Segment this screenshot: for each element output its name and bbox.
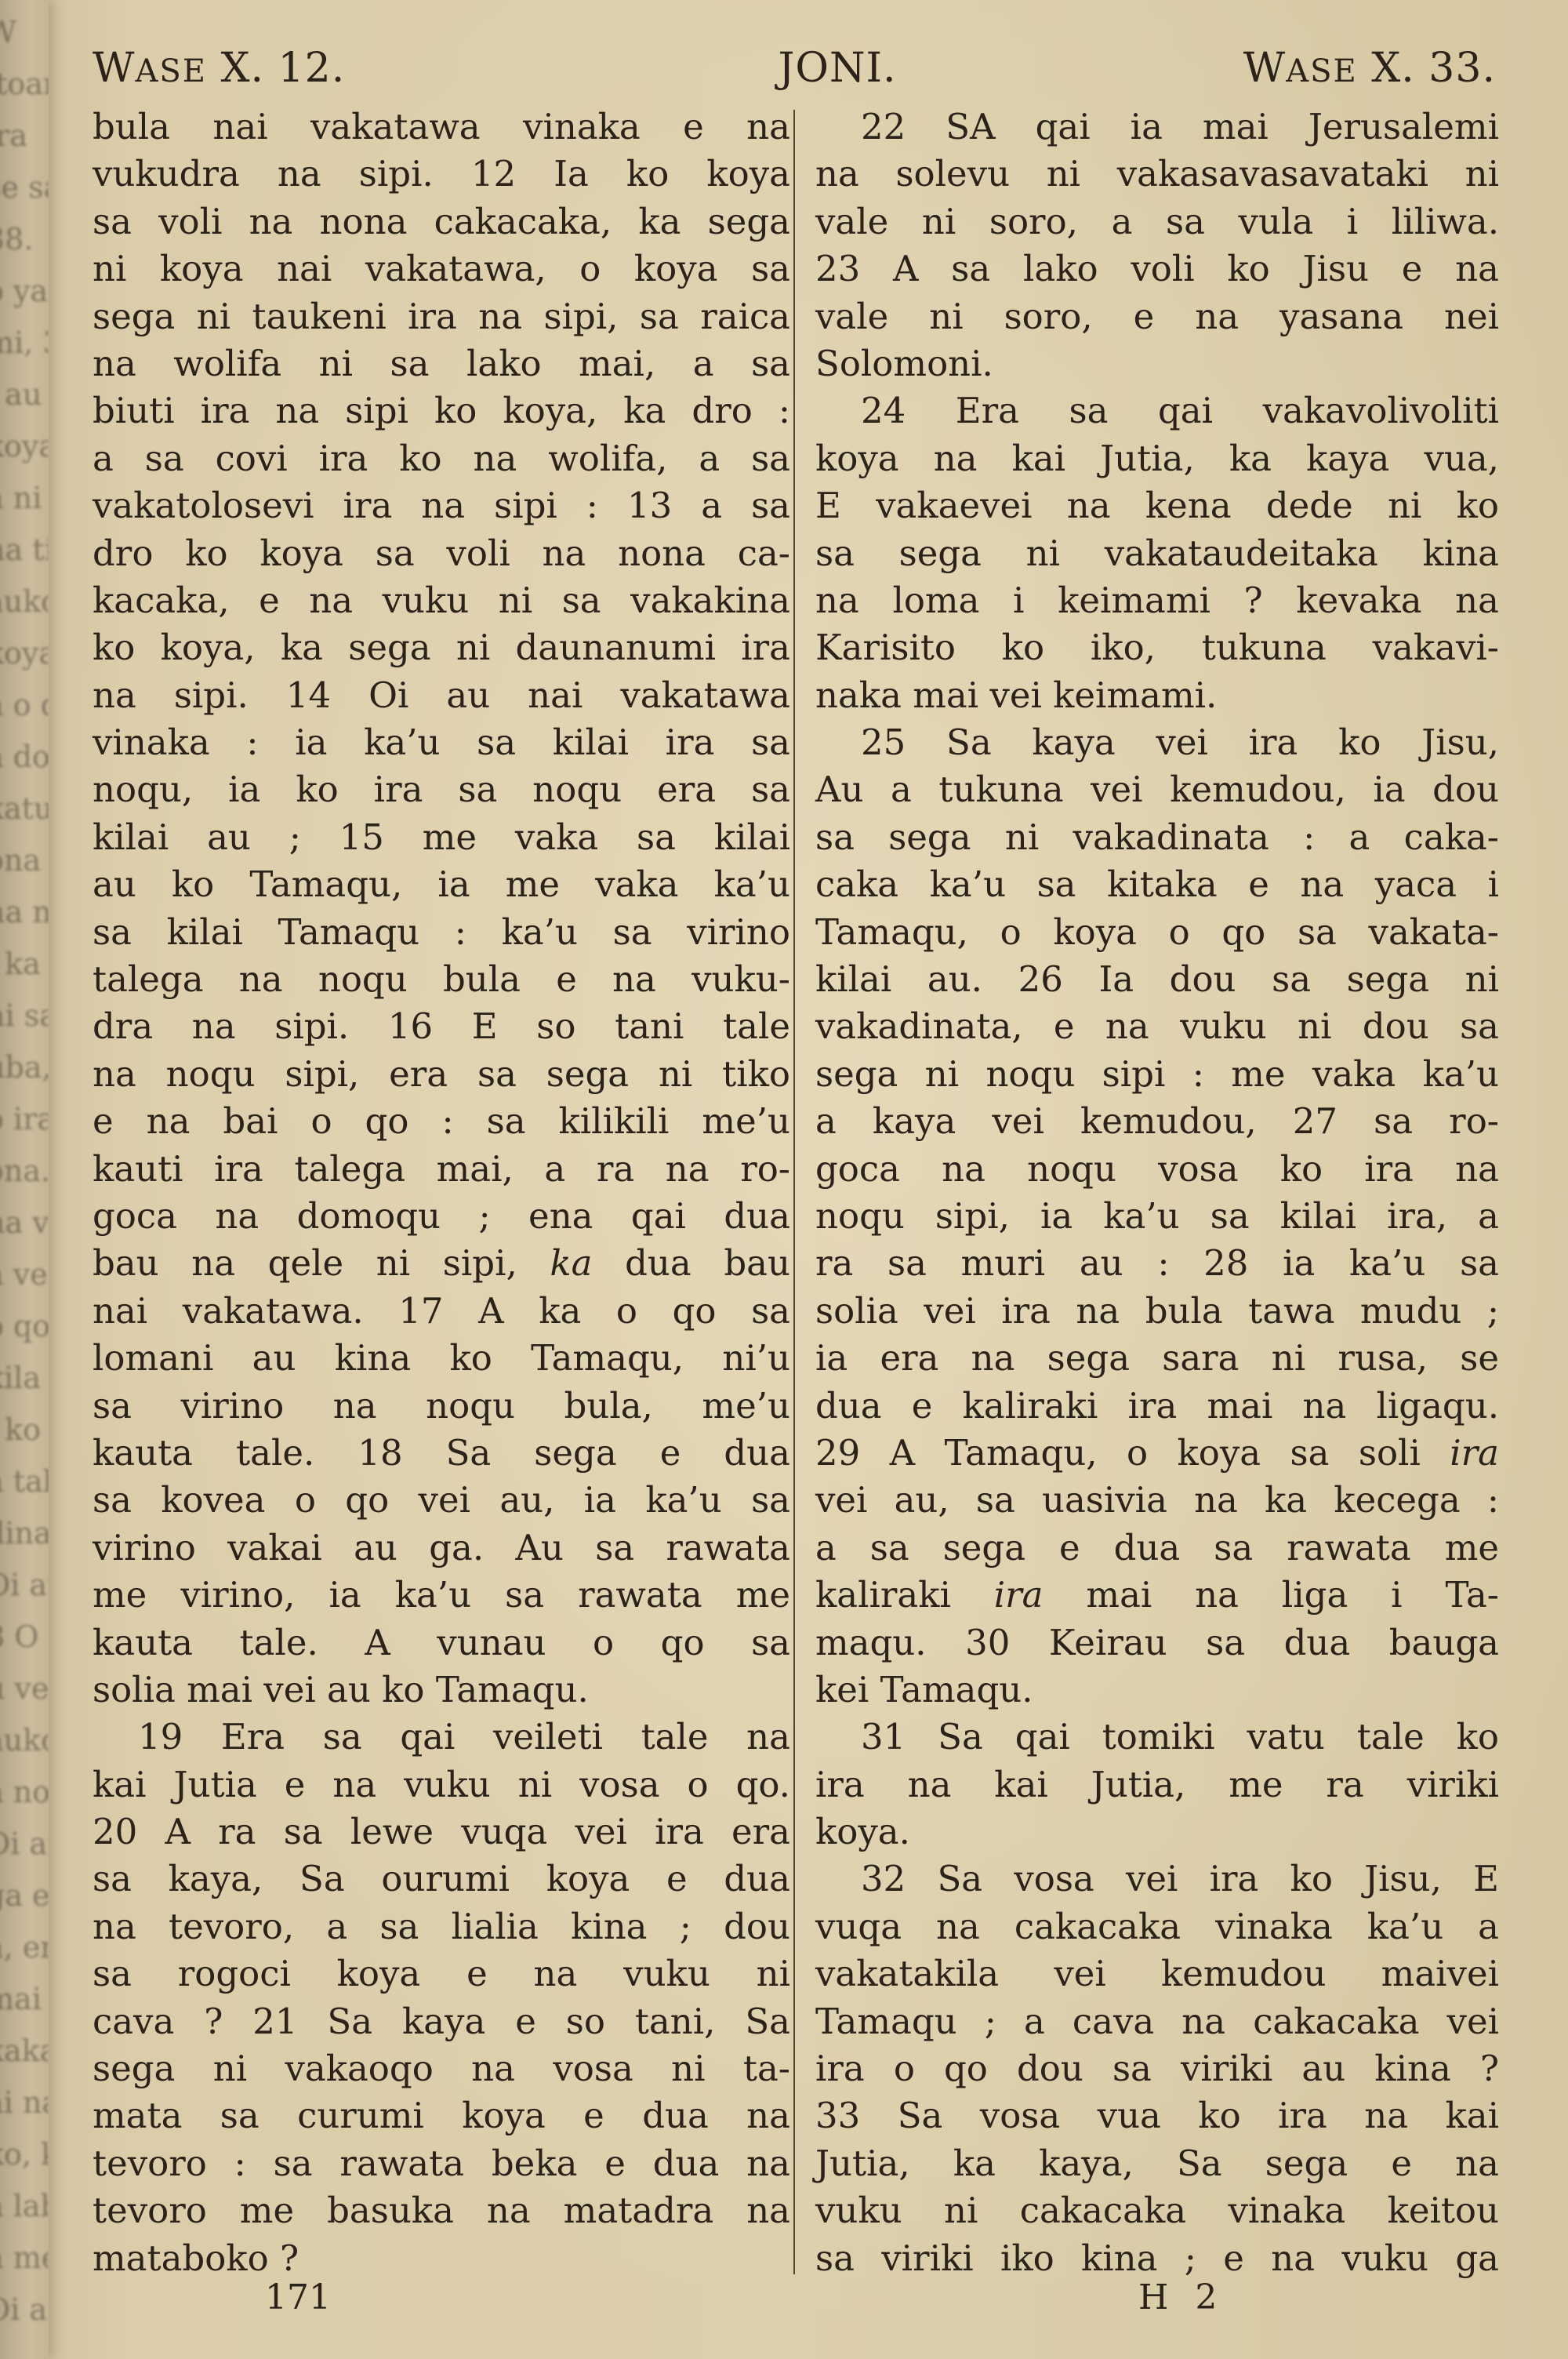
text-line: kacaka, e na vuku ni sa vakakina bbox=[93, 577, 790, 624]
text-line: vakatolosevi ira na sipi : 13 a sa bbox=[93, 482, 790, 529]
facing-page-text: a noi bbox=[0, 1774, 49, 1810]
facing-page-text: , au si bbox=[0, 376, 49, 413]
text-line: kilai au ; 15 me vaka sa kilai bbox=[93, 814, 790, 861]
text-line: bula nai vakatawa vinaka e na bbox=[93, 104, 790, 151]
text-line: na sipi. 14 Oi au nai vakatawa bbox=[93, 672, 790, 719]
text-line: tevoro me basuka na matadra na bbox=[93, 2187, 790, 2234]
text-line: virino vakai au ga. Au sa rawata bbox=[93, 1525, 790, 1572]
text-line: Tamaqu, o koya o qo sa vakata- bbox=[815, 909, 1499, 956]
running-head-right: WASE X. 33. bbox=[1243, 41, 1496, 99]
text-line: ira o qo dou sa viriki au kina ? bbox=[815, 2045, 1499, 2092]
facing-page-text: ona. bbox=[0, 1153, 49, 1189]
text-line: talega na noqu bula e na vuku- bbox=[93, 956, 790, 1003]
signature-mark: H 2 bbox=[1138, 2274, 1225, 2321]
facing-page-text: W bbox=[0, 14, 49, 50]
left-column: bula nai vakatawa vinaka e navukudra na … bbox=[93, 104, 790, 2282]
facing-page-text: mai ka bbox=[0, 1981, 49, 2017]
facing-page-text: a ni bi bbox=[0, 480, 49, 516]
text-line: kauta tale. A vunau o qo sa bbox=[93, 1619, 790, 1667]
text-line: ni koya nai vakatawa, o koya sa bbox=[93, 245, 790, 293]
facing-page-text: a, en bbox=[0, 1929, 49, 1965]
facing-page-text: ai na bbox=[0, 2085, 49, 2121]
text-line: 32 Sa vosa vei ira ko Jisu, E bbox=[815, 1856, 1499, 1903]
text-line: me virino, ia ka’u sa rawata me bbox=[93, 1572, 790, 1619]
running-head: WASE X. 12. JONI. WASE X. 33. bbox=[93, 41, 1496, 96]
right-column: 22 SA qai ia mai Jerusalemina solevu ni … bbox=[815, 104, 1499, 2282]
text-line: goca na domoqu ; ena qai dua bbox=[93, 1193, 790, 1240]
text-line: mata sa curumi koya e dua na bbox=[93, 2092, 790, 2139]
text-line: vakatakila vei kemudou maivei bbox=[815, 1950, 1499, 1997]
text-line: vale ni soro, a sa vula i liliwa. bbox=[815, 198, 1499, 245]
facing-page-text: ni sa k bbox=[0, 998, 49, 1034]
text-line: kei Tamaqu. bbox=[815, 1667, 1499, 1714]
facing-page-text: ko, k bbox=[0, 2136, 49, 2172]
facing-page-text: o ira n bbox=[0, 1101, 49, 1137]
facing-page-text: se sa bbox=[0, 169, 49, 205]
text-line: lomani au kina ko Tamaqu, ni’u bbox=[93, 1335, 790, 1382]
facing-page-text: ona ko bbox=[0, 842, 49, 878]
text-line: sa kaya, Sa ourumi koya e dua bbox=[93, 1856, 790, 1903]
facing-page-text: a vei bbox=[0, 1256, 49, 1292]
running-head-left: WASE X. 12. bbox=[93, 41, 345, 99]
facing-page-text: koya s bbox=[0, 635, 49, 671]
text-line: 22 SA qai ia mai Jerusalemi bbox=[815, 104, 1499, 151]
facing-page-text: na tikin bbox=[0, 532, 49, 568]
facing-page-text: katub bbox=[0, 791, 49, 827]
text-line: koya na kai Jutia, ka kaya vua, bbox=[815, 435, 1499, 482]
text-line: mataboko ? bbox=[93, 2235, 790, 2282]
facing-page-text: o yaui bbox=[0, 273, 49, 309]
facing-page-text: ʻtoan bbox=[0, 66, 49, 102]
facing-page-text: kaka bbox=[0, 2033, 49, 2069]
facing-page-text: na non bbox=[0, 894, 49, 930]
facing-page-text: 8 O bbox=[0, 1619, 49, 1655]
facing-page-text: ira bbox=[0, 118, 49, 154]
text-line: na solevu ni vakasavasavataki ni bbox=[815, 151, 1499, 198]
text-line: na tevoro, a sa lialia kina ; dou bbox=[93, 1903, 790, 1950]
facing-page-text: a me bbox=[0, 2240, 49, 2276]
text-line: maqu. 30 Keirau sa dua bauga bbox=[815, 1619, 1499, 1667]
text-line: vei au, sa uasivia na ka kecega : bbox=[815, 1477, 1499, 1524]
italic-word: ira bbox=[1450, 1432, 1499, 1474]
text-line: a kaya vei kemudou, 27 sa ro- bbox=[815, 1098, 1499, 1145]
facing-page-text: koya s bbox=[0, 428, 49, 464]
text-line: sa virino na noqu bula, me’u bbox=[93, 1383, 790, 1430]
text-line: kauti ira talega mai, a ra na ro- bbox=[93, 1146, 790, 1193]
text-line: 33 Sa vosa vua ko ira na kai bbox=[815, 2092, 1499, 2139]
text-line: kauta tale. 18 Sa sega e dua bbox=[93, 1430, 790, 1477]
text-line: a sa sega e dua sa rawata me bbox=[815, 1525, 1499, 1572]
text-line: ia era na sega sara ni rusa, se bbox=[815, 1335, 1499, 1382]
text-line: na noqu sipi, era sa sega ni tiko bbox=[93, 1051, 790, 1098]
text-line: tevoro : sa rawata beka e dua na bbox=[93, 2140, 790, 2187]
page-number: 171 bbox=[265, 2274, 331, 2321]
facing-page-text: aukove bbox=[0, 583, 49, 620]
text-line: vinaka : ia ka’u sa kilai ira sa bbox=[93, 719, 790, 766]
text-line: dra na sipi. 16 E so tani tale bbox=[93, 1003, 790, 1050]
text-line: vakadinata, e na vuku ni dou sa bbox=[815, 1003, 1499, 1050]
text-line: cava ? 21 Sa kaya e so tani, Sa bbox=[93, 1998, 790, 2045]
text-line: ra sa muri au : 28 ia ka’u sa bbox=[815, 1240, 1499, 1287]
text-line: noqu sipi, ia ka’u sa kilai ira, a bbox=[815, 1193, 1499, 1240]
facing-page-text: 38. bbox=[0, 221, 49, 257]
facing-page-text: Oi au bbox=[0, 1826, 49, 1862]
text-line: bau na qele ni sipi, ka dua bau bbox=[93, 1240, 790, 1287]
text-line: goca na noqu vosa ko ira na bbox=[815, 1146, 1499, 1193]
text-line: noqu, ia ko ira sa noqu era sa bbox=[93, 766, 790, 813]
facing-page-text: o qo bbox=[0, 1308, 49, 1344]
text-line: sa voli na nona cakacaka, ka sega bbox=[93, 198, 790, 245]
text-line: Jutia, ka kaya, Sa sega e na bbox=[815, 2140, 1499, 2187]
text-line: sega ni taukeni ira na sipi, sa raica bbox=[93, 293, 790, 340]
text-line: vuku ni cakacaka vinaka keitou bbox=[815, 2187, 1499, 2234]
text-line: vuqa na cakacaka vinaka ka’u a bbox=[815, 1903, 1499, 1950]
text-line: sa kovea o qo vei au, ia ka’u sa bbox=[93, 1477, 790, 1524]
text-line: Tamaqu ; a cava na cakacaka vei bbox=[815, 1998, 1499, 2045]
text-line: naka mai vei keimami. bbox=[815, 672, 1499, 719]
text-line: sega ni vakaoqo na vosa ni ta- bbox=[93, 2045, 790, 2092]
text-line: dua e kaliraki ira mai na ligaqu. bbox=[815, 1383, 1499, 1430]
facing-page-text: a lab bbox=[0, 2188, 49, 2224]
text-line: kaliraki ira mai na liga i Ta- bbox=[815, 1572, 1499, 1619]
text-line: sega ni noqu sipi : me vaka ka’u bbox=[815, 1051, 1499, 1098]
text-line: na loma i keimami ? kevaka na bbox=[815, 577, 1499, 624]
facing-page-text: , ko ko bbox=[0, 1412, 49, 1448]
text-line: a sa covi ira ko na wolifa, a sa bbox=[93, 435, 790, 482]
book-title: JONI. bbox=[720, 41, 955, 96]
facing-page-text: na vi bbox=[0, 1205, 49, 1241]
facing-page-text: aukove bbox=[0, 1722, 49, 1758]
facing-page-text: Oi au bbox=[0, 1567, 49, 1603]
text-line: Au a tukuna vei kemudou, ia dou bbox=[815, 766, 1499, 813]
facing-page-text: mi, 39 bbox=[0, 325, 49, 361]
text-line: 31 Sa qai tomiki vatu tale ko bbox=[815, 1714, 1499, 1761]
text-line: Karisito ko iko, tukuna vakavi- bbox=[815, 624, 1499, 671]
text-line: caka ka’u sa kitaka e na yaca i bbox=[815, 861, 1499, 908]
text-line: ira na kai Jutia, me ra viriki bbox=[815, 1761, 1499, 1808]
text-line: au ko Tamaqu, ia me vaka ka’u bbox=[93, 861, 790, 908]
text-line: 25 Sa kaya vei ira ko Jisu, bbox=[815, 719, 1499, 766]
text-line: sa kilai Tamaqu : ka’u sa virino bbox=[93, 909, 790, 956]
text-line: 24 Era sa qai vakavolivoliti bbox=[815, 387, 1499, 434]
facing-page-text: a tale bbox=[0, 1463, 49, 1499]
text-line: ko koya, ka sega ni daunanumi ira bbox=[93, 624, 790, 671]
text-line: solia vei ira na bula tawa mudu ; bbox=[815, 1288, 1499, 1335]
text-line: solia mai vei au ko Tamaqu. bbox=[93, 1667, 790, 1714]
text-line: koya. bbox=[815, 1808, 1499, 1856]
italic-word: ira bbox=[994, 1574, 1044, 1616]
facing-page-text: u vei bbox=[0, 1670, 49, 1707]
text-line: dro ko koya sa voli na nona ca- bbox=[93, 530, 790, 577]
facing-page-text: ga en bbox=[0, 1877, 49, 1914]
facing-page-edge: Wʻtoanirase sa38.o yauimi, 39, au sikoya… bbox=[0, 0, 49, 2359]
text-line: sa rogoci koya e na vuku ni bbox=[93, 1950, 790, 1997]
facing-page-text: dina. bbox=[0, 1515, 49, 1551]
text-line: biuti ira na sipi ko koya, ka dro : bbox=[93, 387, 790, 434]
facing-page-text: a o qo bbox=[0, 687, 49, 723]
column-divider bbox=[793, 110, 795, 2274]
text-line: sa sega ni vakadinata : a caka- bbox=[815, 814, 1499, 861]
text-line: nai vakatawa. 17 A ka o qo sa bbox=[93, 1288, 790, 1335]
text-line: e na bai o qo : sa kilikili me’u bbox=[93, 1098, 790, 1145]
text-line: kilai au. 26 Ia dou sa sega ni bbox=[815, 956, 1499, 1003]
text-line: 20 A ra sa lewe vuqa vei ira era bbox=[93, 1808, 790, 1856]
facing-page-text: a doka bbox=[0, 739, 49, 775]
text-line: 19 Era sa qai veileti tale na bbox=[93, 1714, 790, 1761]
italic-word: ka bbox=[550, 1242, 592, 1284]
text-line: 29 A Tamaqu, o koya sa soli ira bbox=[815, 1430, 1499, 1477]
text-line: 23 A sa lako voli ko Jisu e na bbox=[815, 245, 1499, 293]
facing-page-text: uba, s bbox=[0, 1049, 49, 1085]
text-line: na wolifa ni sa lako mai, a sa bbox=[93, 340, 790, 387]
text-line: Solomoni. bbox=[815, 340, 1499, 387]
text-line: kai Jutia e na vuku ni vosa o qo. bbox=[93, 1761, 790, 1808]
facing-page-text: kila bbox=[0, 1360, 49, 1396]
text-line: vukudra na sipi. 12 Ia ko koya bbox=[93, 151, 790, 198]
text-line: sa sega ni vakataudeitaka kina bbox=[815, 530, 1499, 577]
facing-page-text: , ka ti bbox=[0, 946, 49, 982]
text-line: E vakaevei na kena dede ni ko bbox=[815, 482, 1499, 529]
facing-page-text: Oi a bbox=[0, 2292, 49, 2328]
text-line: vale ni soro, e na yasana nei bbox=[815, 293, 1499, 340]
